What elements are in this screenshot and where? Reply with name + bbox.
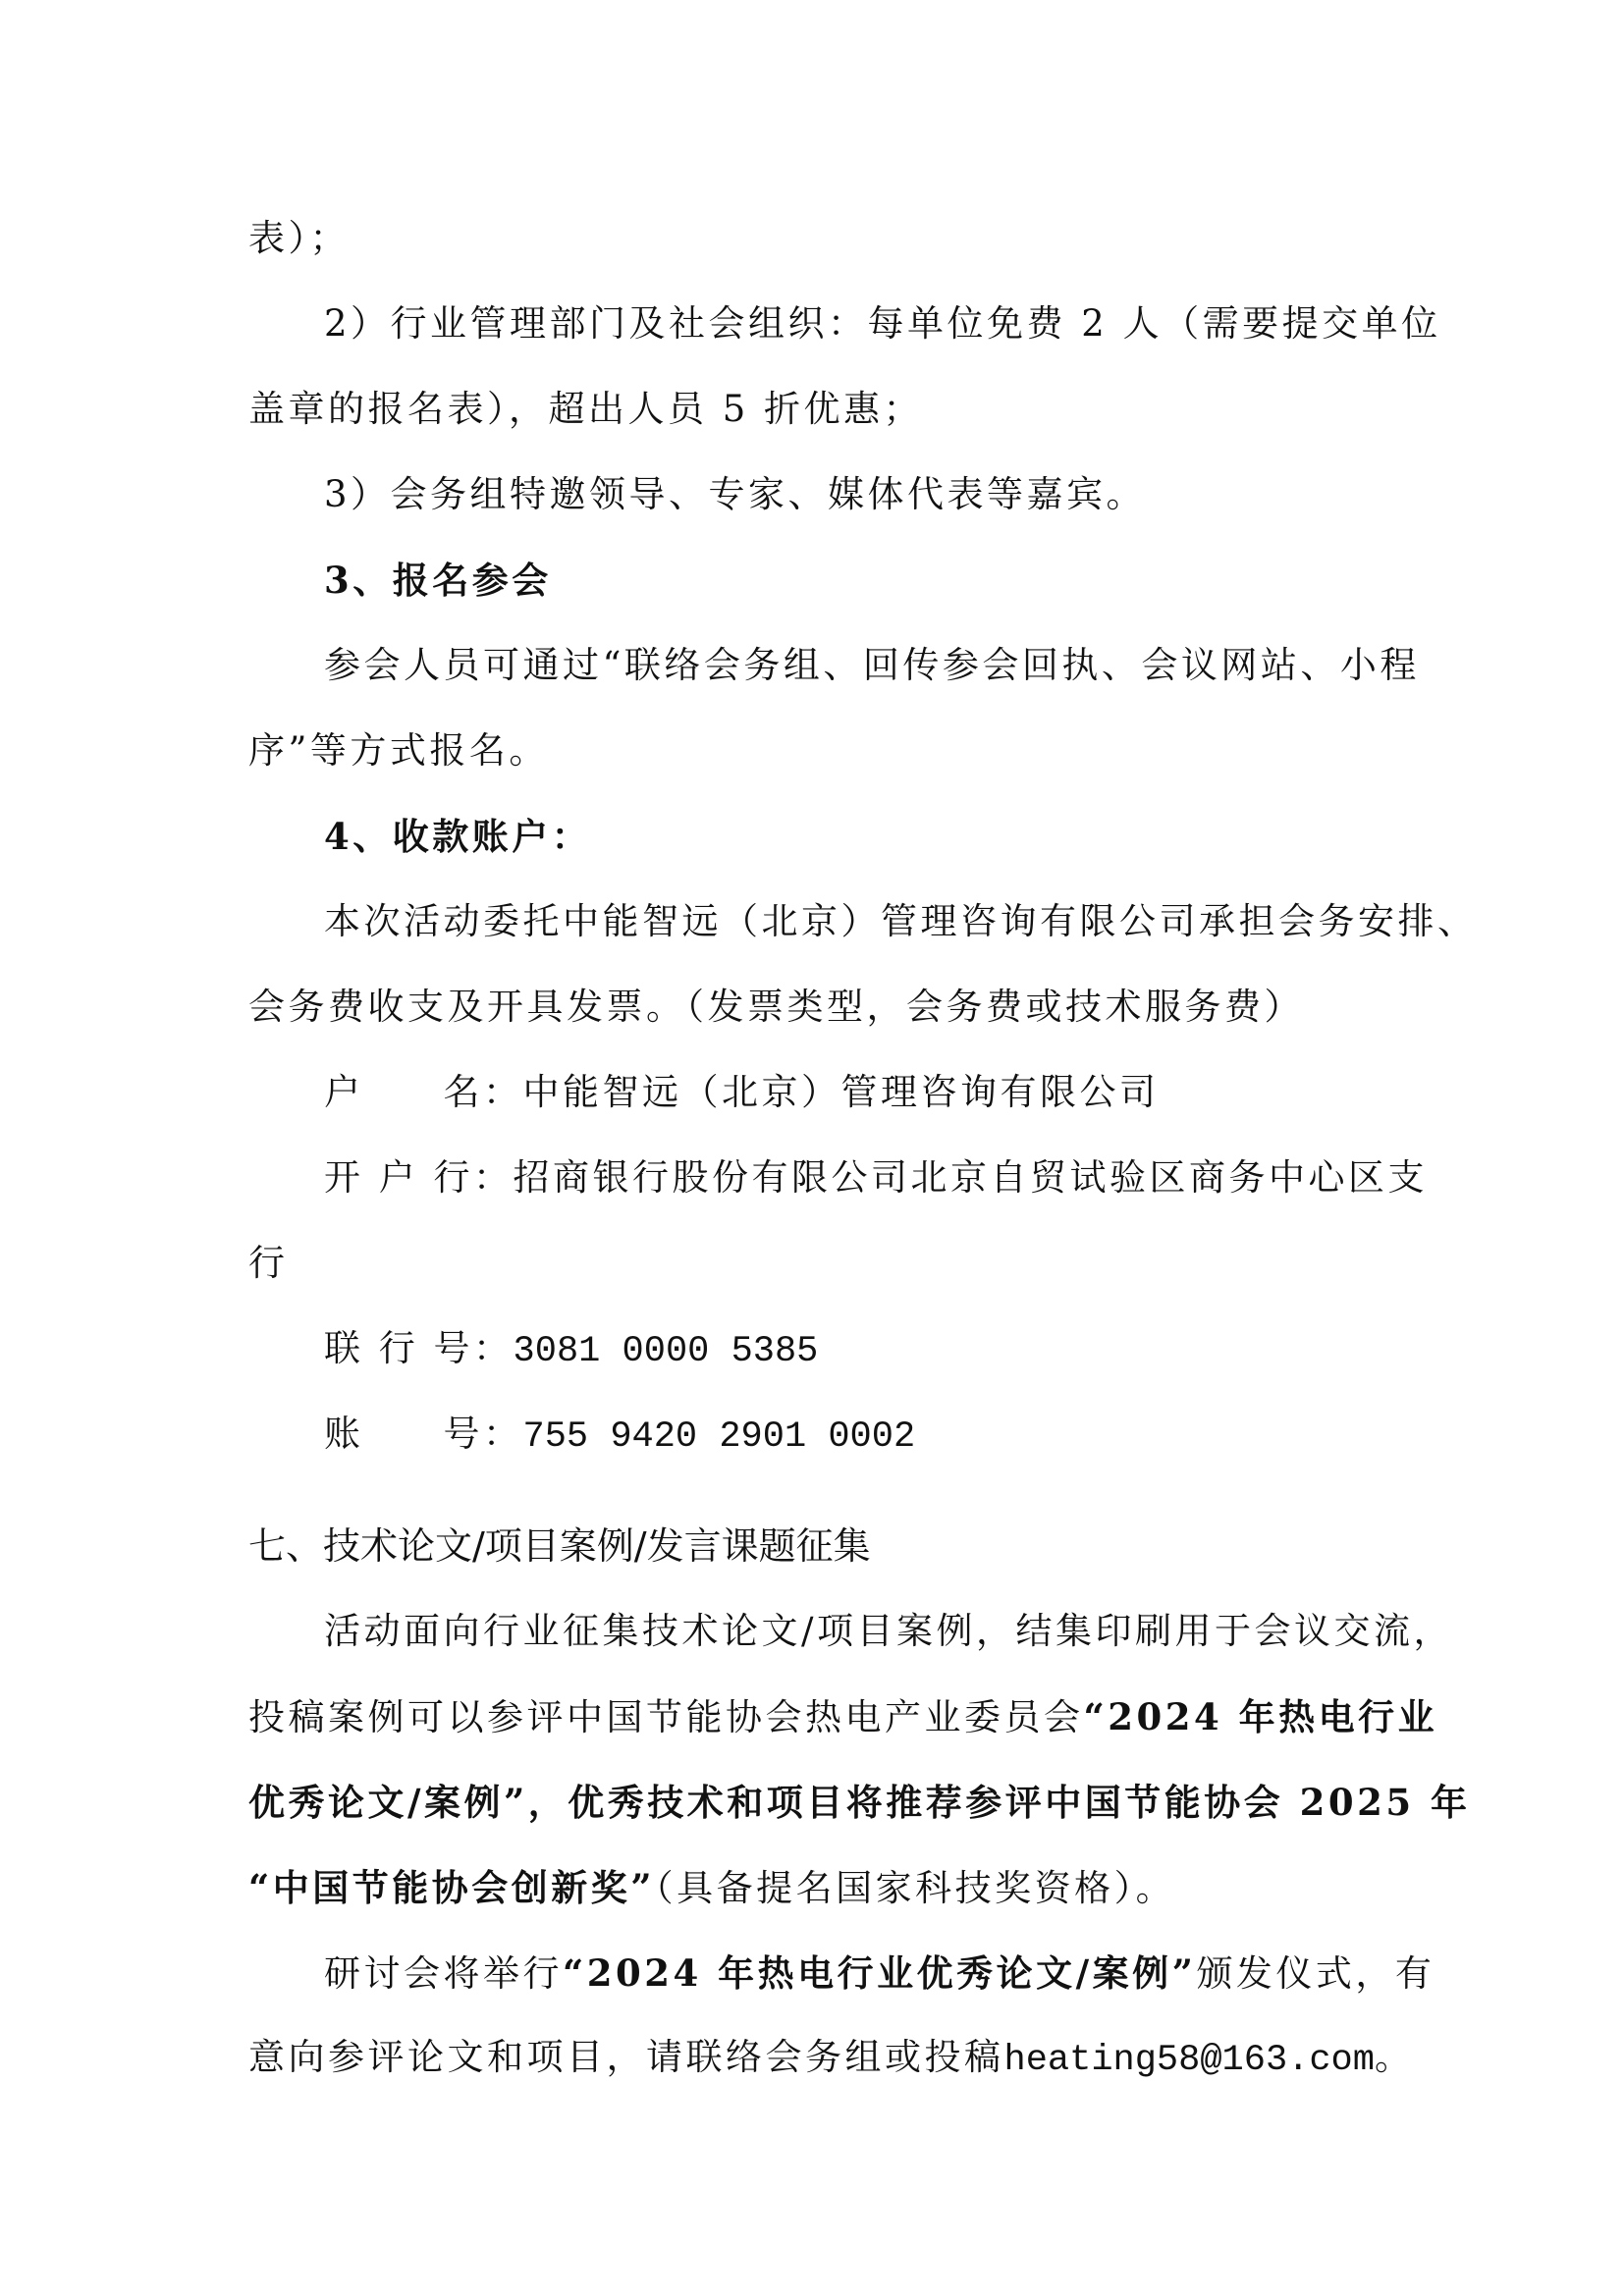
paragraph-line: 3）会务组特邀领导、专家、媒体代表等嘉宾。 xyxy=(324,470,1387,519)
innovation-award-bold: “中国节能协会创新奖” xyxy=(248,1866,655,1909)
bank-value: 招商银行股份有限公司北京自贸试验区商务中心区支 xyxy=(514,1156,1429,1199)
text-span: 投稿案例可以参评中国节能协会热电产业委员会 xyxy=(248,1696,1084,1738)
award-ceremony-bold: “2024 年热电行业优秀论文/案例” xyxy=(563,1951,1196,1995)
account-name-row: 户 名：中能智远（北京）管理咨询有限公司 xyxy=(324,1068,1387,1117)
text-span: 。 xyxy=(1375,2036,1415,2078)
bank-row: 开 户 行：招商银行股份有限公司北京自贸试验区商务中心区支 xyxy=(324,1153,1387,1202)
paragraph-line: 意向参评论文和项目，请联络会务组或投稿heating58@163.com。 xyxy=(248,2033,1387,2085)
paragraph-line: 序”等方式报名。 xyxy=(248,726,1387,775)
account-number-value: 755 9420 2901 0002 xyxy=(523,1416,916,1458)
text-span: 颁发仪式，有 xyxy=(1196,1952,1435,1995)
text-span: （具备提名国家科技奖资格）。 xyxy=(655,1867,1175,1909)
paragraph-line-bold: 优秀论文/案例”，优秀技术和项目将推荐参评中国节能协会 2025 年 xyxy=(248,1778,1387,1827)
paragraph-line: 表）； xyxy=(248,214,1387,263)
account-number-row: 账 号：755 9420 2901 0002 xyxy=(324,1410,1387,1462)
section-heading-call-for-papers: 七、技术论文/项目案例/发言课题征集 xyxy=(248,1522,1387,1571)
paragraph-line: 本次活动委托中能智远（北京）管理咨询有限公司承担会务安排、 xyxy=(324,897,1387,946)
award-name-bold: “2024 年热电行业 xyxy=(1084,1695,1438,1738)
clearing-value: 3081 0000 5385 xyxy=(514,1331,819,1372)
paragraph-line: 参会人员可通过“联络会务组、回传参会回执、会议网站、小程 xyxy=(324,641,1387,690)
section-heading-registration: 3、报名参会 xyxy=(324,556,1387,605)
paragraph-line: 活动面向行业征集技术论文/项目案例，结集印刷用于会议交流， xyxy=(324,1607,1387,1656)
text-span: 意向参评论文和项目，请联络会务组或投稿 xyxy=(248,2036,1004,2078)
paragraph-line: 盖章的报名表），超出人员 5 折优惠； xyxy=(248,385,1387,434)
paragraph-line: 研讨会将举行“2024 年热电行业优秀论文/案例”颁发仪式，有 xyxy=(324,1949,1387,1999)
account-name-label: 户 名： xyxy=(324,1071,523,1113)
bank-label: 开 户 行： xyxy=(324,1156,514,1199)
paragraph-line: 2）行业管理部门及社会组织：每单位免费 2 人（需要提交单位 xyxy=(324,299,1387,348)
text-span: 研讨会将举行 xyxy=(324,1952,563,1995)
paragraph-line: “中国节能协会创新奖”（具备提名国家科技奖资格）。 xyxy=(248,1863,1387,1913)
bank-value-continued: 行 xyxy=(248,1239,1387,1288)
paragraph-line: 投稿案例可以参评中国节能协会热电产业委员会“2024 年热电行业 xyxy=(248,1692,1387,1742)
clearing-number-row: 联 行 号：3081 0000 5385 xyxy=(324,1324,1387,1376)
account-name-value: 中能智远（北京）管理咨询有限公司 xyxy=(523,1071,1160,1113)
paragraph-line: 会务费收支及开具发票。（发票类型，会务费或技术服务费） xyxy=(248,983,1387,1032)
email-link[interactable]: heating58@163.com xyxy=(1004,2040,1375,2081)
account-number-label: 账 号： xyxy=(324,1413,523,1455)
section-heading-account: 4、收款账户： xyxy=(324,812,1387,861)
clearing-label: 联 行 号： xyxy=(324,1327,514,1369)
